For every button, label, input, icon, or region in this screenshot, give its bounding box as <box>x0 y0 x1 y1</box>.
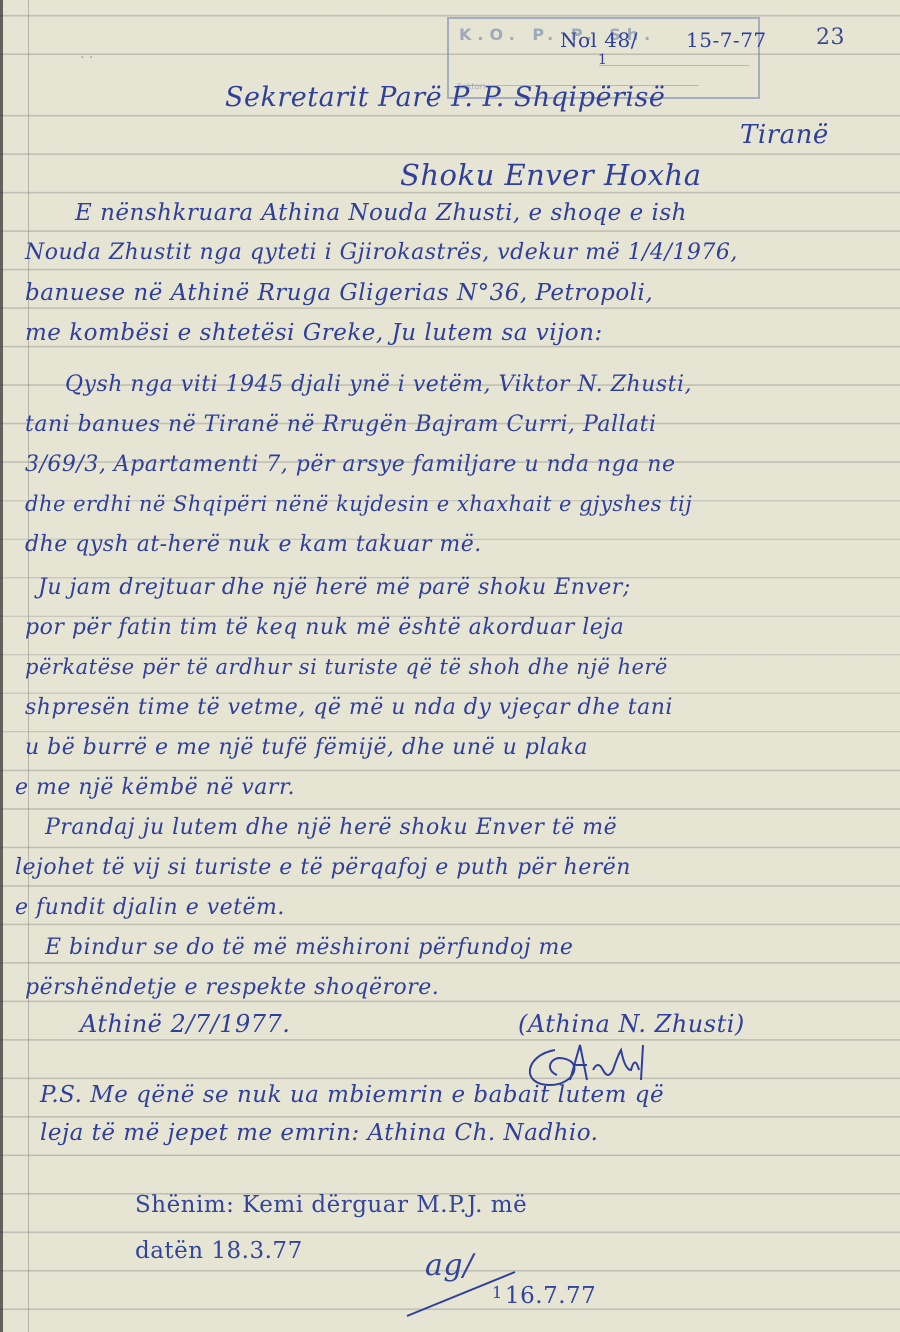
body-line: por për fatin tim të keq nuk më është ak… <box>25 615 624 640</box>
registry-date: 15-7-77 <box>686 28 767 52</box>
body-line: 3/69/3, Apartamenti 7, për arsye familja… <box>25 452 675 477</box>
postscript-line: P.S. Me qënë se nuk ua mbiemrin e babait… <box>40 1082 664 1108</box>
body-line: E bindur se do të më mëshironi përfundoj… <box>45 935 573 960</box>
addressee: Sekretarit Parë P. P. Shqipërisë <box>225 82 665 113</box>
margin-marks: . . <box>80 46 93 62</box>
body-line: dhe erdhi në Shqipëri nënë kujdesin e xh… <box>25 492 692 516</box>
page-edge <box>0 0 3 1332</box>
postscript-line: leja të më jepet me emrin: Athina Ch. Na… <box>40 1120 599 1146</box>
place-date: Athinë 2/7/1977. <box>80 1010 290 1038</box>
body-line: dhe qysh at-herë nuk e kam takuar më. <box>25 532 482 557</box>
body-line: u bë burrë e me një tufë fëmijë, dhe unë… <box>25 735 588 760</box>
body-line: përkatëse për të ardhur si turiste që të… <box>25 655 668 679</box>
page-number: 23 <box>816 25 845 50</box>
annotation-line: datën 18.3.77 <box>135 1238 303 1264</box>
addressee-city: Tiranë <box>740 120 829 150</box>
salutation: Shoku Enver Hoxha <box>400 158 702 192</box>
body-line: tani banues në Tiranë në Rrugën Bajram C… <box>25 412 657 437</box>
body-line: Prandaj ju lutem dhe një herë shoku Enve… <box>45 815 617 840</box>
body-line: Ju jam drejtuar dhe një herë më parë sho… <box>38 575 631 600</box>
registry-sub-number: 1 <box>598 52 607 68</box>
signatory-name: (Athina N. Zhusti) <box>518 1010 745 1038</box>
body-line: e me një këmbë në varr. <box>15 775 295 800</box>
body-line: shpresën time të vetme, që më u nda dy v… <box>25 695 673 720</box>
body-line: përshëndetje e respekte shoqërore. <box>25 975 439 1000</box>
body-line: e fundit djalin e vetëm. <box>15 895 285 920</box>
registry-number: Nol 48/ <box>560 28 638 52</box>
body-line: banuese në Athinë Rruga Gligerias N°36, … <box>25 280 653 306</box>
body-line: me kombësi e shtetësi Greke, Ju lutem sa… <box>25 320 603 346</box>
annotation-underline-stroke <box>405 1270 525 1320</box>
stamp-rule <box>599 65 749 66</box>
body-line: lejohet të vij si turiste e të përqafoj … <box>15 855 631 880</box>
body-line: Qysh nga viti 1945 djali ynë i vetëm, Vi… <box>65 372 692 397</box>
body-line: E nënshkruara Athina Nouda Zhusti, e sho… <box>75 200 687 226</box>
annotation-line: Shënim: Kemi dërguar M.P.J. më <box>135 1192 527 1218</box>
body-line: Nouda Zhustit nga qyteti i Gjirokastrës,… <box>25 240 738 265</box>
